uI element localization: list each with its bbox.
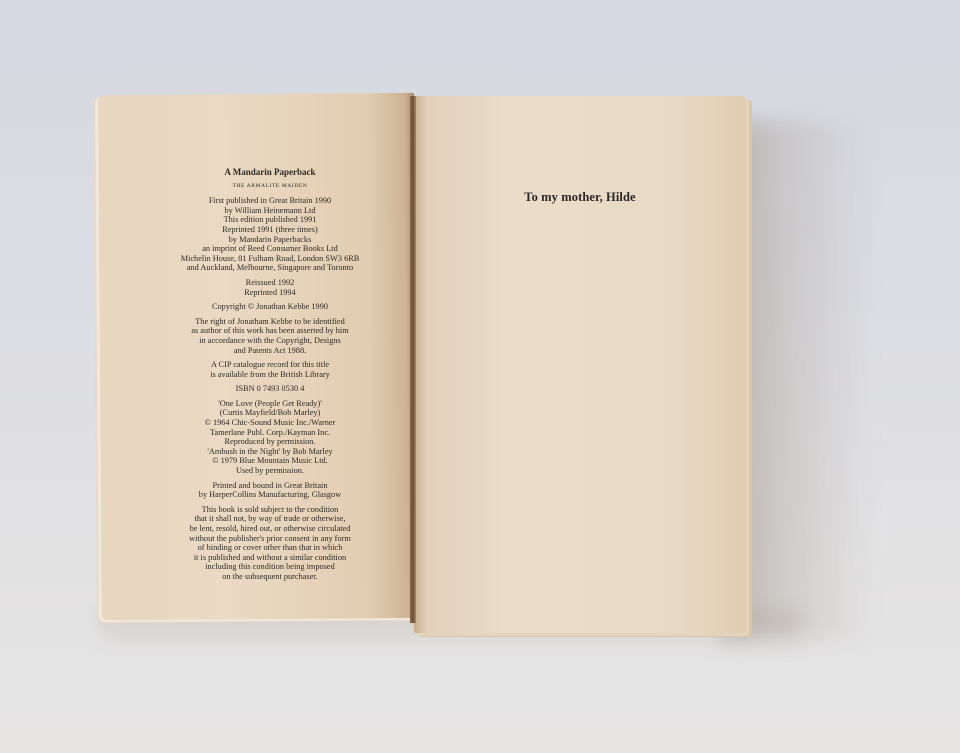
colophon-blocks: First published in Great Britain 1990by … (140, 196, 400, 581)
dedication: To my mother, Hilde (414, 190, 746, 205)
book-title: The Armalite Maiden (140, 182, 400, 192)
colophon-line: of binding or cover other than that in w… (140, 543, 400, 553)
colophon-line: This edition published 1991 (140, 215, 400, 225)
colophon-line: Copyright © Jonathan Kebbe 1990 (140, 302, 400, 312)
colophon-line: be lent, resold, hired out, or otherwise… (140, 524, 400, 534)
colophon-line: as author of this work has been asserted… (140, 326, 400, 336)
colophon-block: A CIP catalogue record for this titleis … (140, 360, 400, 379)
colophon-line: © 1964 Chic-Sound Music Inc./Warner (140, 418, 400, 428)
colophon-line: it is published and without a similar co… (140, 553, 400, 563)
colophon-line: by HarperCollins Manufacturing, Glasgow (140, 490, 400, 500)
colophon-line: First published in Great Britain 1990 (140, 196, 400, 206)
colophon-line: Used by permission. (140, 466, 400, 476)
colophon-block: 'One Love (People Get Ready)'(Curtis May… (140, 399, 400, 476)
colophon-line: Reissued 1992 (140, 278, 400, 288)
colophon-block: The right of Jonatham Kebbe to be identi… (140, 317, 400, 355)
colophon-line: © 1979 Blue Mountain Music Ltd. (140, 456, 400, 466)
colophon-line: that it shall not, by way of trade or ot… (140, 514, 400, 524)
colophon-line: 'One Love (People Get Ready)' (140, 399, 400, 409)
colophon-line: an imprint of Reed Consumer Books Ltd (140, 244, 400, 254)
book-gutter (410, 96, 416, 623)
colophon-line: Michelin House, 81 Fulham Road, London S… (140, 254, 400, 264)
colophon-line: and Patents Act 1988. (140, 346, 400, 356)
right-page (414, 96, 746, 633)
colophon-block: This book is sold subject to the conditi… (140, 505, 400, 582)
colophon-line: Reprinted 1994 (140, 288, 400, 298)
colophon-line: Tamerlane Publ. Corp./Kayman Inc. (140, 428, 400, 438)
colophon-line: 'Ambush in the Night' by Bob Marley (140, 447, 400, 457)
publisher-heading: A Mandarin Paperback (140, 168, 400, 178)
colophon-line: (Curtis Mayfield/Bob Marley) (140, 408, 400, 418)
colophon-block: ISBN 0 7493 0530 4 (140, 384, 400, 394)
colophon-block: Printed and bound in Great Britainby Har… (140, 481, 400, 500)
colophon-block: Copyright © Jonathan Kebbe 1990 (140, 302, 400, 312)
copyright-colophon: A Mandarin Paperback The Armalite Maiden… (140, 168, 400, 587)
colophon-line: is available from the British Library (140, 370, 400, 380)
colophon-line: by William Heinemann Ltd (140, 206, 400, 216)
colophon-line: ISBN 0 7493 0530 4 (140, 384, 400, 394)
colophon-block: First published in Great Britain 1990by … (140, 196, 400, 273)
colophon-line: without the publisher's prior consent in… (140, 534, 400, 544)
colophon-line: in accordance with the Copyright, Design… (140, 336, 400, 346)
colophon-line: The right of Jonatham Kebbe to be identi… (140, 317, 400, 327)
colophon-line: Reprinted 1991 (three times) (140, 225, 400, 235)
colophon-line: including this condition being imposed (140, 562, 400, 572)
colophon-block: Reissued 1992Reprinted 1994 (140, 278, 400, 297)
colophon-line: Reproduced by permission. (140, 437, 400, 447)
colophon-line: Printed and bound in Great Britain (140, 481, 400, 491)
colophon-line: on the subsequent purchaser. (140, 572, 400, 582)
colophon-line: A CIP catalogue record for this title (140, 360, 400, 370)
colophon-line: This book is sold subject to the conditi… (140, 505, 400, 515)
colophon-line: by Mandarin Paperbacks (140, 235, 400, 245)
colophon-line: and Auckland, Melbourne, Singapore and T… (140, 263, 400, 273)
